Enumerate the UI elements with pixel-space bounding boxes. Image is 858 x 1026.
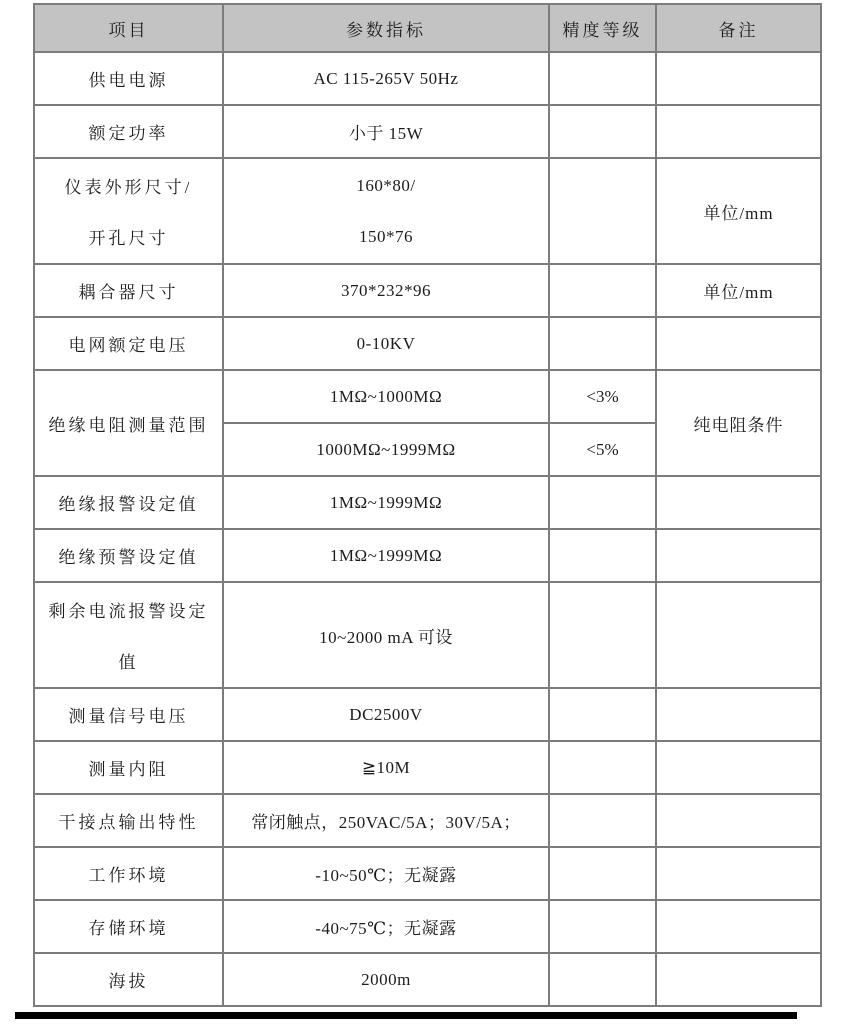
item-line-2: 值 <box>39 648 218 673</box>
cell-param: -10~50℃；无凝露 <box>223 847 549 900</box>
cell-accuracy <box>549 105 656 158</box>
cell-note <box>656 476 821 529</box>
cell-param: 2000m <box>223 953 549 1006</box>
cell-param: 常闭触点，250VAC/5A；30V/5A； <box>223 794 549 847</box>
cell-item: 仪表外形尺寸/ 开孔尺寸 <box>34 158 223 264</box>
cell-item: 绝缘电阻测量范围 <box>34 370 223 476</box>
cell-accuracy <box>549 900 656 953</box>
cell-param: 1000MΩ~1999MΩ <box>223 423 549 476</box>
cell-note <box>656 317 821 370</box>
cell-item: 干接点输出特性 <box>34 794 223 847</box>
cell-accuracy <box>549 688 656 741</box>
cell-item: 额定功率 <box>34 105 223 158</box>
cell-param: 370*232*96 <box>223 264 549 317</box>
table-row-alarm-setting: 绝缘报警设定值 1MΩ~1999MΩ <box>34 476 821 529</box>
document-page: 项目 参数指标 精度等级 备注 供电电源 AC 115-265V 50Hz 额定… <box>0 0 858 1026</box>
col-header-accuracy: 精度等级 <box>549 4 656 52</box>
cell-param: 1MΩ~1000MΩ <box>223 370 549 423</box>
page-bottom-divider <box>15 1012 797 1019</box>
table-row-storage-env: 存储环境 -40~75℃；无凝露 <box>34 900 821 953</box>
spec-table: 项目 参数指标 精度等级 备注 供电电源 AC 115-265V 50Hz 额定… <box>33 3 822 1007</box>
cell-accuracy: <5% <box>549 423 656 476</box>
cell-item: 海拔 <box>34 953 223 1006</box>
cell-param: 10~2000 mA 可设 <box>223 582 549 688</box>
cell-accuracy <box>549 317 656 370</box>
cell-item: 剩余电流报警设定 值 <box>34 582 223 688</box>
table-row-residual-current: 剩余电流报警设定 值 10~2000 mA 可设 <box>34 582 821 688</box>
cell-note <box>656 741 821 794</box>
table-row-coupler-size: 耦合器尺寸 370*232*96 单位/mm <box>34 264 821 317</box>
cell-note <box>656 953 821 1006</box>
cell-item: 测量内阻 <box>34 741 223 794</box>
item-line-2: 开孔尺寸 <box>39 224 218 249</box>
col-header-item: 项目 <box>34 4 223 52</box>
param-line-2: 150*76 <box>228 227 544 247</box>
cell-note <box>656 794 821 847</box>
table-header-row: 项目 参数指标 精度等级 备注 <box>34 4 821 52</box>
table-row-prewarn-setting: 绝缘预警设定值 1MΩ~1999MΩ <box>34 529 821 582</box>
cell-param: 160*80/ 150*76 <box>223 158 549 264</box>
cell-accuracy <box>549 953 656 1006</box>
cell-param: DC2500V <box>223 688 549 741</box>
table-row-insulation-range-1: 绝缘电阻测量范围 1MΩ~1000MΩ <3% 纯电阻条件 <box>34 370 821 423</box>
cell-item: 工作环境 <box>34 847 223 900</box>
cell-note: 单位/mm <box>656 264 821 317</box>
param-line-1: 160*80/ <box>228 176 544 196</box>
cell-accuracy: <3% <box>549 370 656 423</box>
cell-param: AC 115-265V 50Hz <box>223 52 549 105</box>
cell-item: 供电电源 <box>34 52 223 105</box>
cell-item: 电网额定电压 <box>34 317 223 370</box>
cell-note: 纯电阻条件 <box>656 370 821 476</box>
col-header-note: 备注 <box>656 4 821 52</box>
cell-item: 耦合器尺寸 <box>34 264 223 317</box>
cell-accuracy <box>549 158 656 264</box>
cell-param: 小于 15W <box>223 105 549 158</box>
table-row-grid-rated-voltage: 电网额定电压 0-10KV <box>34 317 821 370</box>
cell-accuracy <box>549 476 656 529</box>
item-line-1: 仪表外形尺寸/ <box>39 173 218 198</box>
col-header-param: 参数指标 <box>223 4 549 52</box>
cell-note <box>656 900 821 953</box>
cell-param: 0-10KV <box>223 317 549 370</box>
cell-note <box>656 688 821 741</box>
cell-note <box>656 529 821 582</box>
table-row-working-env: 工作环境 -10~50℃；无凝露 <box>34 847 821 900</box>
cell-note <box>656 105 821 158</box>
item-line-1: 剩余电流报警设定 <box>39 597 218 622</box>
table-row-rated-power: 额定功率 小于 15W <box>34 105 821 158</box>
cell-item: 绝缘预警设定值 <box>34 529 223 582</box>
cell-item: 存储环境 <box>34 900 223 953</box>
cell-param: -40~75℃；无凝露 <box>223 900 549 953</box>
cell-note <box>656 847 821 900</box>
table-row-dimensions: 仪表外形尺寸/ 开孔尺寸 160*80/ 150*76 单位/mm <box>34 158 821 264</box>
cell-accuracy <box>549 794 656 847</box>
table-row-internal-resistance: 测量内阻 ≧10M <box>34 741 821 794</box>
cell-accuracy <box>549 741 656 794</box>
cell-accuracy <box>549 52 656 105</box>
table-row-altitude: 海拔 2000m <box>34 953 821 1006</box>
cell-param: 1MΩ~1999MΩ <box>223 529 549 582</box>
table-row-dry-contact: 干接点输出特性 常闭触点，250VAC/5A；30V/5A； <box>34 794 821 847</box>
cell-param: 1MΩ~1999MΩ <box>223 476 549 529</box>
cell-accuracy <box>549 847 656 900</box>
cell-note: 单位/mm <box>656 158 821 264</box>
cell-param: ≧10M <box>223 741 549 794</box>
cell-item: 测量信号电压 <box>34 688 223 741</box>
cell-accuracy <box>549 582 656 688</box>
cell-item: 绝缘报警设定值 <box>34 476 223 529</box>
cell-accuracy <box>549 264 656 317</box>
table-row-signal-voltage: 测量信号电压 DC2500V <box>34 688 821 741</box>
cell-note <box>656 582 821 688</box>
cell-accuracy <box>549 529 656 582</box>
cell-note <box>656 52 821 105</box>
table-row-power-supply: 供电电源 AC 115-265V 50Hz <box>34 52 821 105</box>
